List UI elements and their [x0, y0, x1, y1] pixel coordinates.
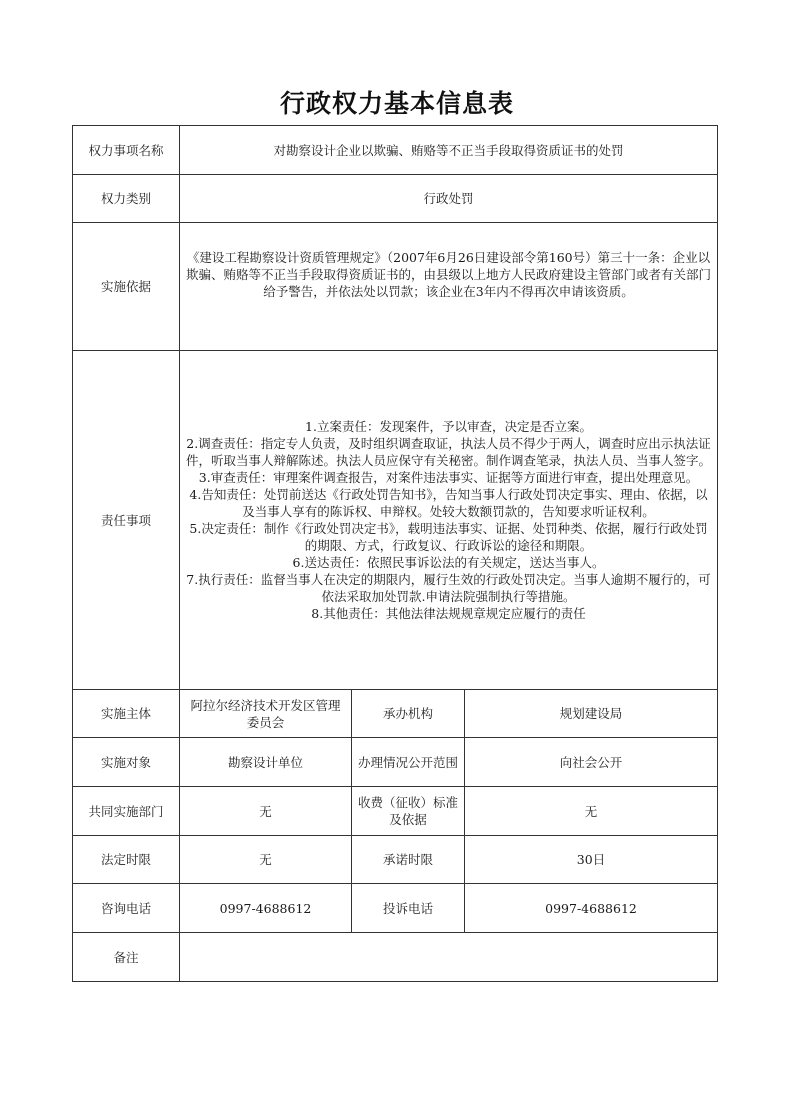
- promised-deadline-label: 承诺时限: [352, 836, 465, 884]
- joint-dept-value: 无: [180, 787, 352, 836]
- row-power-category: 权力类别 行政处罚: [73, 175, 718, 223]
- responsibility-item: 5.决定责任：制作《行政处罚决定书》，载明违法事实、证据、处罚种类、依据，履行行…: [186, 520, 711, 554]
- consult-phone-label: 咨询电话: [73, 884, 180, 933]
- responsibility-item: 4.告知责任：处罚前送达《行政处罚告知书》，告知当事人行政处罚决定事实、理由、依…: [186, 486, 711, 520]
- responsibility-item: 7.执行责任：监督当事人在决定的期限内，履行生效的行政处罚决定。当事人逾期不履行…: [186, 571, 711, 605]
- page-title: 行政权力基本信息表: [0, 84, 794, 120]
- disclosure-scope-label: 办理情况公开范围: [352, 738, 465, 787]
- remarks-value: [180, 933, 718, 982]
- subject-value: 阿拉尔经济技术开发区管理委员会: [180, 690, 352, 738]
- handling-agency-label: 承办机构: [352, 690, 465, 738]
- basis-label: 实施依据: [73, 223, 180, 351]
- responsibility-item: 3.审查责任：审理案件调查报告，对案件违法事实、证据等方面进行审查，提出处理意见…: [186, 469, 711, 486]
- legal-deadline-value: 无: [180, 836, 352, 884]
- responsibilities-label: 责任事项: [73, 351, 180, 690]
- fee-standard-value: 无: [465, 787, 718, 836]
- consult-phone-value: 0997-4688612: [180, 884, 352, 933]
- target-label: 实施对象: [73, 738, 180, 787]
- legal-deadline-label: 法定时限: [73, 836, 180, 884]
- info-table: 权力事项名称 对勘察设计企业以欺骗、贿赂等不正当手段取得资质证书的处罚 权力类别…: [72, 125, 718, 982]
- responsibility-item: 2.调查责任：指定专人负责，及时组织调查取证，执法人员不得少于两人，调查时应出示…: [186, 435, 711, 469]
- basis-value: 《建设工程勘察设计资质管理规定》（2007年6月26日建设部令第160号）第三十…: [180, 223, 718, 351]
- responsibilities-value: 1.立案责任：发现案件，予以审查，决定是否立案。 2.调查责任：指定专人负责，及…: [180, 351, 718, 690]
- power-name-value: 对勘察设计企业以欺骗、贿赂等不正当手段取得资质证书的处罚: [180, 126, 718, 175]
- handling-agency-value: 规划建设局: [465, 690, 718, 738]
- row-basis: 实施依据 《建设工程勘察设计资质管理规定》（2007年6月26日建设部令第160…: [73, 223, 718, 351]
- disclosure-scope-value: 向社会公开: [465, 738, 718, 787]
- target-value: 勘察设计单位: [180, 738, 352, 787]
- power-category-label: 权力类别: [73, 175, 180, 223]
- row-joint: 共同实施部门 无 收费（征收）标准及依据 无: [73, 787, 718, 836]
- row-subject: 实施主体 阿拉尔经济技术开发区管理委员会 承办机构 规划建设局: [73, 690, 718, 738]
- responsibility-item: 1.立案责任：发现案件，予以审查，决定是否立案。: [186, 418, 711, 435]
- fee-standard-label: 收费（征收）标准及依据: [352, 787, 465, 836]
- complaint-phone-value: 0997-4688612: [465, 884, 718, 933]
- complaint-phone-label: 投诉电话: [352, 884, 465, 933]
- joint-dept-label: 共同实施部门: [73, 787, 180, 836]
- row-responsibilities: 责任事项 1.立案责任：发现案件，予以审查，决定是否立案。 2.调查责任：指定专…: [73, 351, 718, 690]
- responsibility-item: 8.其他责任：其他法律法规规章规定应履行的责任: [186, 605, 711, 622]
- responsibility-item: 6.送达责任：依照民事诉讼法的有关规定，送达当事人。: [186, 554, 711, 571]
- row-phone: 咨询电话 0997-4688612 投诉电话 0997-4688612: [73, 884, 718, 933]
- power-category-value: 行政处罚: [180, 175, 718, 223]
- subject-label: 实施主体: [73, 690, 180, 738]
- row-target: 实施对象 勘察设计单位 办理情况公开范围 向社会公开: [73, 738, 718, 787]
- power-name-label: 权力事项名称: [73, 126, 180, 175]
- remarks-label: 备注: [73, 933, 180, 982]
- row-deadline: 法定时限 无 承诺时限 30日: [73, 836, 718, 884]
- promised-deadline-value: 30日: [465, 836, 718, 884]
- row-power-name: 权力事项名称 对勘察设计企业以欺骗、贿赂等不正当手段取得资质证书的处罚: [73, 126, 718, 175]
- row-remarks: 备注: [73, 933, 718, 982]
